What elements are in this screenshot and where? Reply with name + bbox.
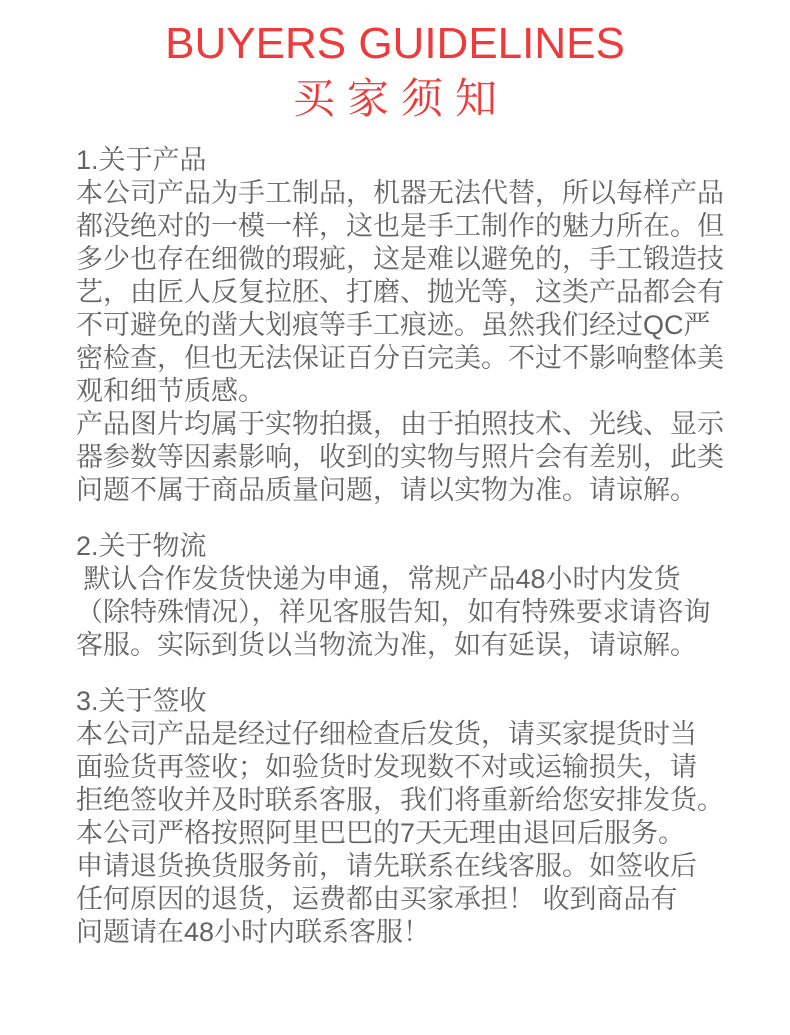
text-line: 面验货再签收；如验货时发现数不对或运输损失，请 — [76, 751, 724, 784]
section-heading-about-receipt: 3.关于签收 — [76, 685, 724, 718]
section-body-about-receipt: 本公司产品是经过仔细检查后发货，请买家提货时当面验货再签收；如验货时发现数不对或… — [76, 718, 724, 949]
text-line: 本公司产品是经过仔细检查后发货，请买家提货时当 — [76, 718, 724, 751]
text-line: 多少也存在细微的瑕疵，这是难以避免的，手工锻造技 — [76, 243, 724, 276]
text-line: 问题不属于商品质量问题，请以实物为准。请谅解。 — [76, 474, 724, 507]
notice-content: 1.关于产品 本公司产品为手工制品，机器无法代替，所以每样产品都没绝对的一模一样… — [0, 122, 790, 949]
text-line: 本公司严格按照阿里巴巴的7天无理由退回后服务。 — [76, 817, 724, 850]
text-line: 任何原因的退货，运费都由买家承担！ 收到商品有 — [76, 883, 724, 916]
section-about-logistics: 2.关于物流 默认合作发货快递为申通，常规产品48小时内发货（除特殊情况），祥见… — [76, 530, 724, 662]
section-body-about-logistics: 默认合作发货快递为申通，常规产品48小时内发货（除特殊情况），祥见客服告知，如有… — [76, 563, 724, 662]
section-about-receipt: 3.关于签收 本公司产品是经过仔细检查后发货，请买家提货时当面验货再签收；如验货… — [76, 685, 724, 949]
text-line: 拒绝签收并及时联系客服，我们将重新给您安排发货。 — [76, 784, 724, 817]
text-line: 艺，由匠人反复拉胚、打磨、抛光等，这类产品都会有 — [76, 276, 724, 309]
text-line: 客服。实际到货以当物流为准，如有延误，请谅解。 — [76, 629, 724, 662]
text-line: 观和细节质感。 — [76, 375, 724, 408]
page-title-english: BUYERS GUIDELINES — [0, 20, 790, 68]
section-heading-about-logistics: 2.关于物流 — [76, 530, 724, 563]
text-line: （除特殊情况），祥见客服告知，如有特殊要求请咨询 — [76, 596, 724, 629]
text-line: 申请退货换货服务前，请先联系在线客服。如签收后 — [76, 850, 724, 883]
section-body-about-product: 本公司产品为手工制品，机器无法代替，所以每样产品都没绝对的一模一样，这也是手工制… — [76, 177, 724, 507]
buyers-guidelines-notice: BUYERS GUIDELINES 买家须知 1.关于产品 本公司产品为手工制品… — [0, 0, 790, 1035]
text-line: 器参数等因素影响，收到的实物与照片会有差别，此类 — [76, 441, 724, 474]
section-heading-about-product: 1.关于产品 — [76, 144, 724, 177]
text-line: 不可避免的凿大划痕等手工痕迹。虽然我们经过QC严 — [76, 309, 724, 342]
page-title-chinese: 买家须知 — [0, 76, 790, 122]
section-about-product: 1.关于产品 本公司产品为手工制品，机器无法代替，所以每样产品都没绝对的一模一样… — [76, 144, 724, 507]
text-line: 产品图片均属于实物拍摄，由于拍照技术、光线、显示 — [76, 408, 724, 441]
text-line: 问题请在48小时内联系客服！ — [76, 916, 724, 949]
text-line: 密检查，但也无法保证百分百完美。不过不影响整体美 — [76, 342, 724, 375]
text-line: 本公司产品为手工制品，机器无法代替，所以每样产品 — [76, 177, 724, 210]
text-line: 默认合作发货快递为申通，常规产品48小时内发货 — [76, 563, 724, 596]
text-line: 都没绝对的一模一样，这也是手工制作的魅力所在。但 — [76, 210, 724, 243]
